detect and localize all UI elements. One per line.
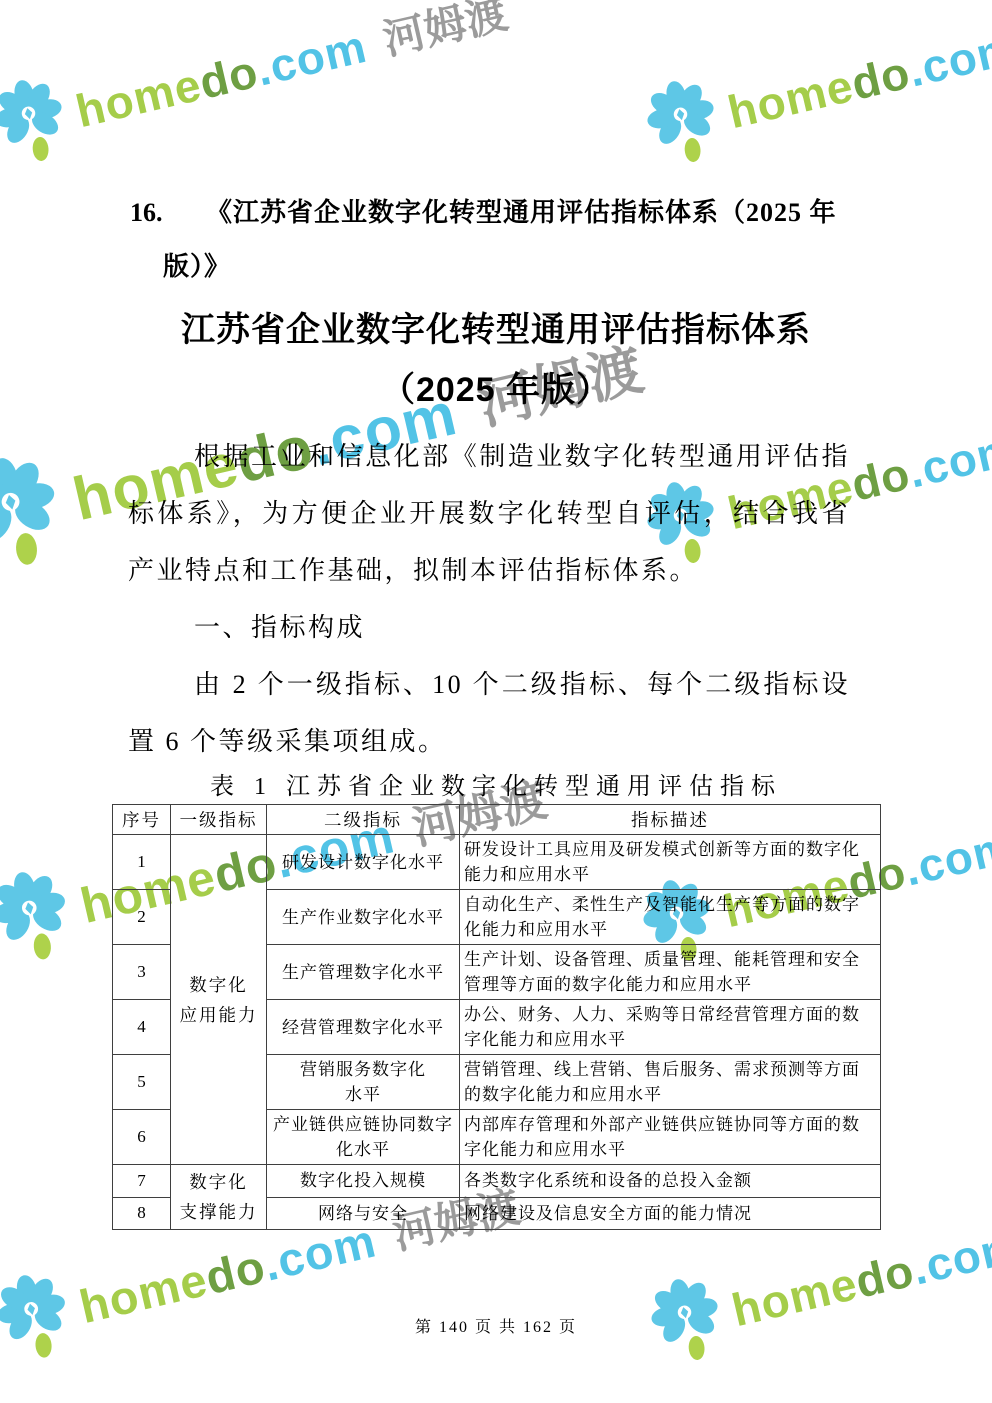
cell-desc: 自动化生产、柔性生产及智能化生产等方面的数字化能力和应用水平 <box>460 890 881 945</box>
table-row: 7 数字化 支撑能力 数字化投入规模 各类数字化系统和设备的总投入金额 <box>113 1165 881 1198</box>
homedo-flower-icon <box>636 69 733 177</box>
watermark-cn-text: 河姆渡 <box>379 0 512 63</box>
homedo-watermark: homedo.com河姆渡 <box>0 0 517 176</box>
cell-secondary: 生产作业数字化水平 <box>267 890 460 945</box>
cell-secondary: 数字化投入规模 <box>267 1165 460 1198</box>
table-caption: 表 1 江苏省企业数字化转型通用评估指标 <box>112 770 880 804</box>
homedo-flower-icon <box>0 68 80 176</box>
cell-secondary: 网络与安全 <box>267 1197 460 1230</box>
document-title-line2: （2025 年版） <box>112 360 880 420</box>
document-title: 江苏省企业数字化转型通用评估指标体系 （2025 年版） <box>112 300 880 420</box>
cell-primary-application: 数字化 应用能力 <box>171 835 267 1165</box>
document-content: 16.《江苏省企业数字化转型通用评估指标体系（2025 年 版）》 江苏省企业数… <box>0 186 992 1230</box>
cell-desc: 各类数字化系统和设备的总投入金额 <box>460 1165 881 1198</box>
cell-desc: 内部库存管理和外部产业链供应链协同等方面的数字化能力和应用水平 <box>460 1110 881 1165</box>
cell-no: 5 <box>113 1055 171 1110</box>
section-heading-line2: 版）》 <box>163 240 880 294</box>
watermark-brand-text: homedo.com <box>72 22 371 133</box>
cell-no: 3 <box>113 945 171 1000</box>
table-row: 1 数字化 应用能力 研发设计数字化水平 研发设计工具应用及研发模式创新等方面的… <box>113 835 881 890</box>
cell-secondary: 生产管理数字化水平 <box>267 945 460 1000</box>
intro-paragraph: 根据工业和信息化部《制造业数字化转型通用评估指标体系》，为方便企业开展数字化转型… <box>128 428 850 599</box>
header-no: 序号 <box>113 805 171 835</box>
cell-no: 2 <box>113 890 171 945</box>
cell-desc: 生产计划、设备管理、质量管理、能耗管理和安全管理等方面的数字化能力和应用水平 <box>460 945 881 1000</box>
cell-no: 6 <box>113 1110 171 1165</box>
document-page: homedo.com河姆渡homedo.com河姆渡homedo.com河姆渡h… <box>0 0 992 1403</box>
sub-heading: 一、指标构成 <box>128 599 880 656</box>
cell-desc: 研发设计工具应用及研发模式创新等方面的数字化能力和应用水平 <box>460 835 881 890</box>
cell-desc: 网络建设及信息安全方面的能力情况 <box>460 1197 881 1230</box>
document-title-line1: 江苏省企业数字化转型通用评估指标体系 <box>112 300 880 360</box>
table-header-row: 序号 一级指标 二级指标 指标描述 <box>113 805 881 835</box>
cell-no: 7 <box>113 1165 171 1198</box>
section-heading-line1: 16.《江苏省企业数字化转型通用评估指标体系（2025 年 <box>130 186 880 240</box>
header-primary: 一级指标 <box>171 805 267 835</box>
homedo-watermark: homedo.com河姆渡 <box>636 0 992 177</box>
cell-secondary: 研发设计数字化水平 <box>267 835 460 890</box>
cell-desc: 办公、财务、人力、采购等日常经营管理方面的数字化能力和应用水平 <box>460 1000 881 1055</box>
section-heading: 16.《江苏省企业数字化转型通用评估指标体系（2025 年 版）》 <box>130 186 880 294</box>
composition-paragraph: 由 2 个一级指标、10 个二级指标、每个二级指标设置 6 个等级采集项组成。 <box>128 656 850 770</box>
watermark-brand-text: homedo.com <box>724 23 992 134</box>
indicators-table: 序号 一级指标 二级指标 指标描述 1 数字化 应用能力 研发设计数字化水平 研… <box>112 804 881 1230</box>
cell-desc: 营销管理、线上营销、售后服务、需求预测等方面的数字化能力和应用水平 <box>460 1055 881 1110</box>
cell-secondary: 产业链供应链协同数字 化水平 <box>267 1110 460 1165</box>
section-heading-text: 《江苏省企业数字化转型通用评估指标体系（2025 年 <box>206 198 837 227</box>
cell-secondary: 经营管理数字化水平 <box>267 1000 460 1055</box>
cell-secondary: 营销服务数字化 水平 <box>267 1055 460 1110</box>
watermark-brand-text: homedo.com <box>75 1216 380 1330</box>
section-number: 16. <box>130 186 206 240</box>
cell-no: 1 <box>113 835 171 890</box>
cell-no: 8 <box>113 1197 171 1230</box>
cell-primary-support: 数字化 支撑能力 <box>171 1165 267 1230</box>
page-footer: 第 140 页 共 162 页 <box>0 1314 992 1337</box>
cell-no: 4 <box>113 1000 171 1055</box>
header-secondary: 二级指标 <box>267 805 460 835</box>
header-desc: 指标描述 <box>460 805 881 835</box>
